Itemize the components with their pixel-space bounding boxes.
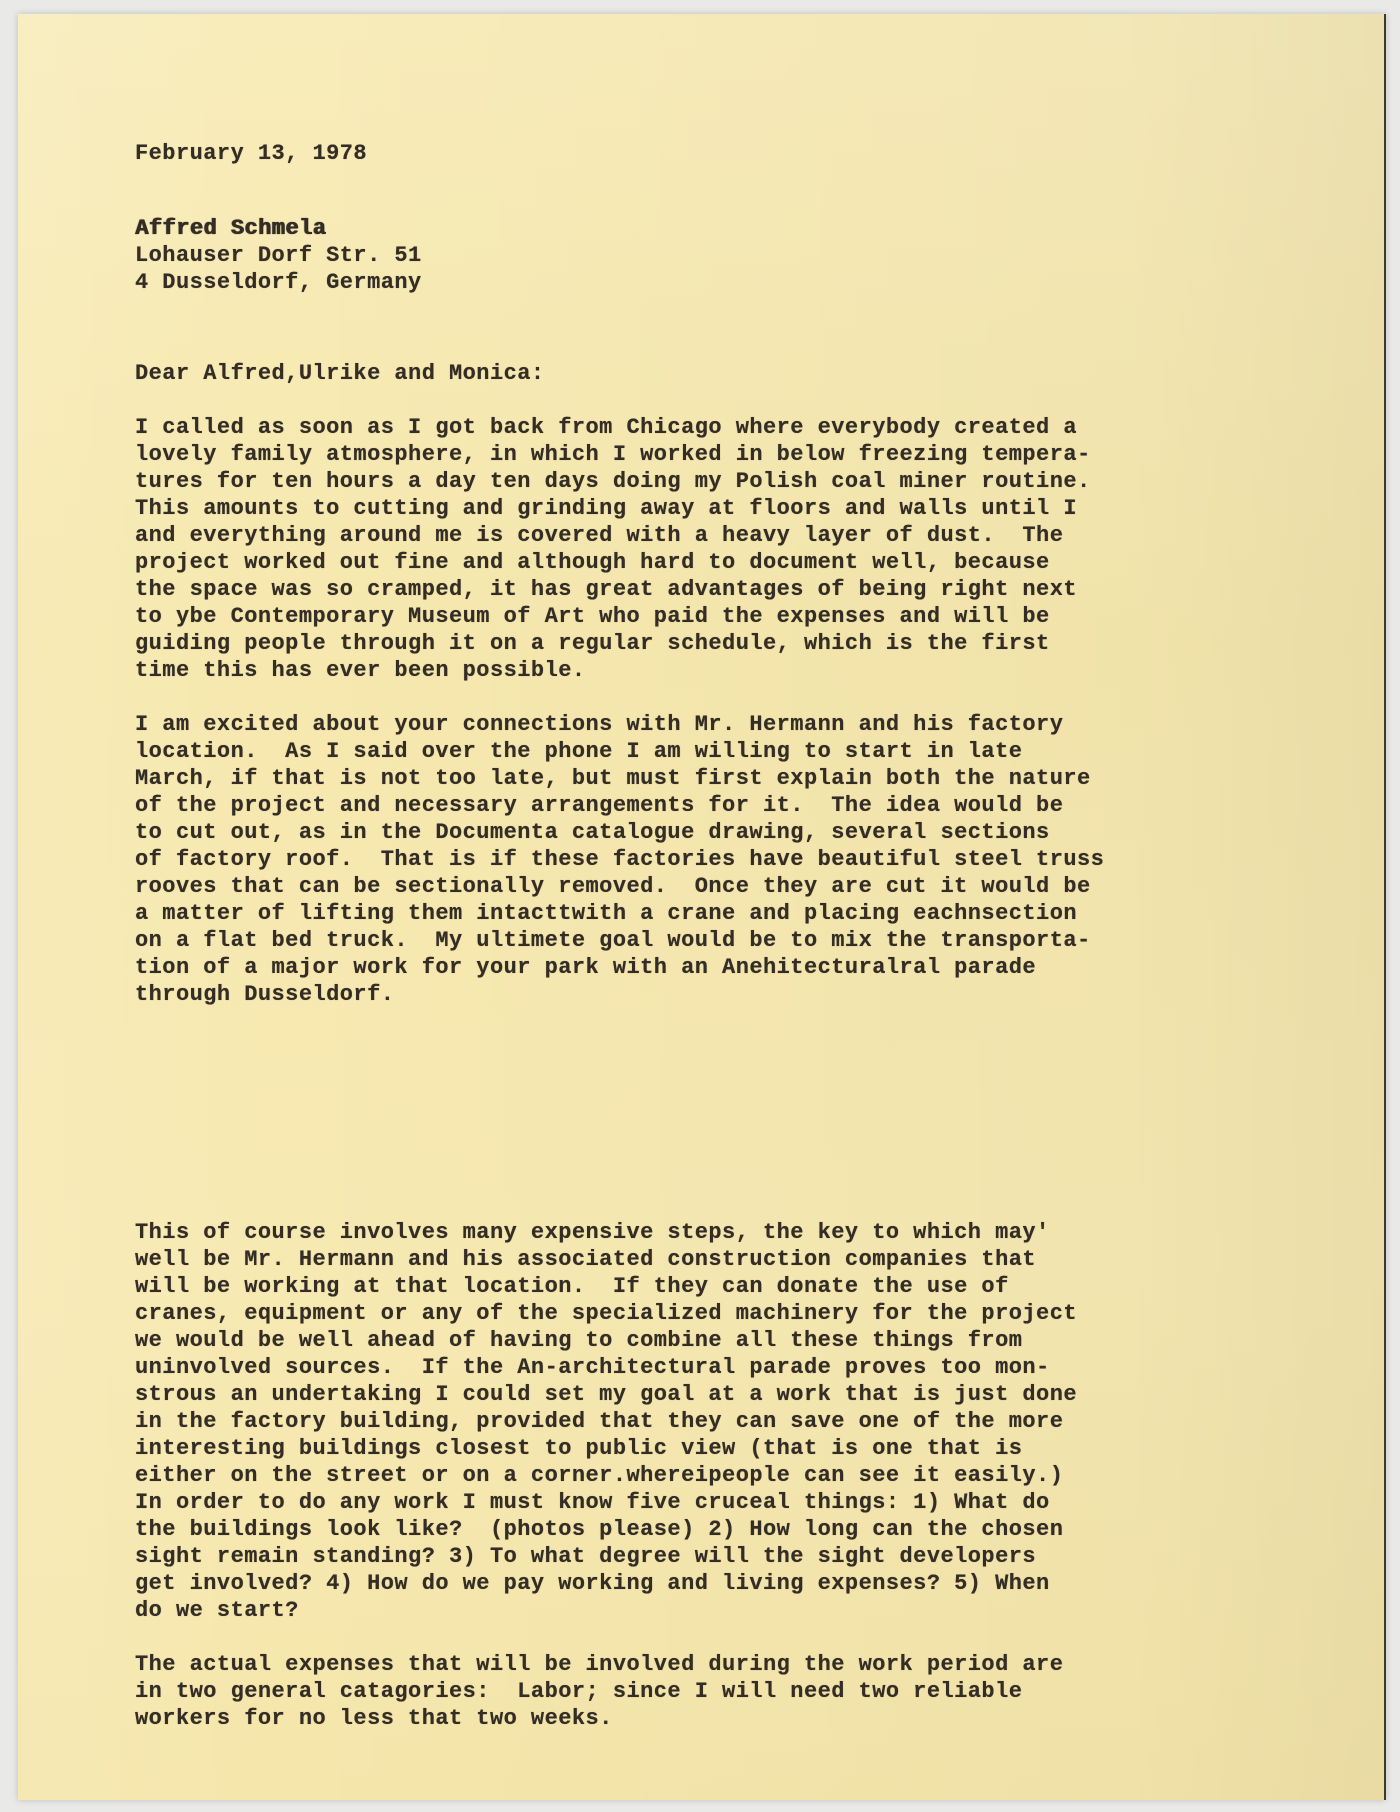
recipient-street: Lohauser Dorf Str. 51 <box>135 242 422 269</box>
paragraph-labor-costs: The actual expenses that will be involve… <box>135 1651 1063 1732</box>
paragraph-expenses-questions: This of course involves many expensive s… <box>135 1219 1077 1624</box>
scan-background: February 13, 1978 Affred Schmela Lohause… <box>0 0 1400 1812</box>
recipient-city: 4 Dusseldorf, Germany <box>135 269 422 296</box>
paragraph-factory-idea: I am excited about your connections with… <box>135 711 1104 1008</box>
salutation: Dear Alfred,Ulrike and Monica: <box>135 360 545 387</box>
letter-page: February 13, 1978 Affred Schmela Lohause… <box>18 14 1386 1800</box>
recipient-name: Affred Schmela <box>135 215 326 242</box>
paragraph-chicago-project: I called as soon as I got back from Chic… <box>135 414 1091 684</box>
letter-date: February 13, 1978 <box>135 140 367 167</box>
